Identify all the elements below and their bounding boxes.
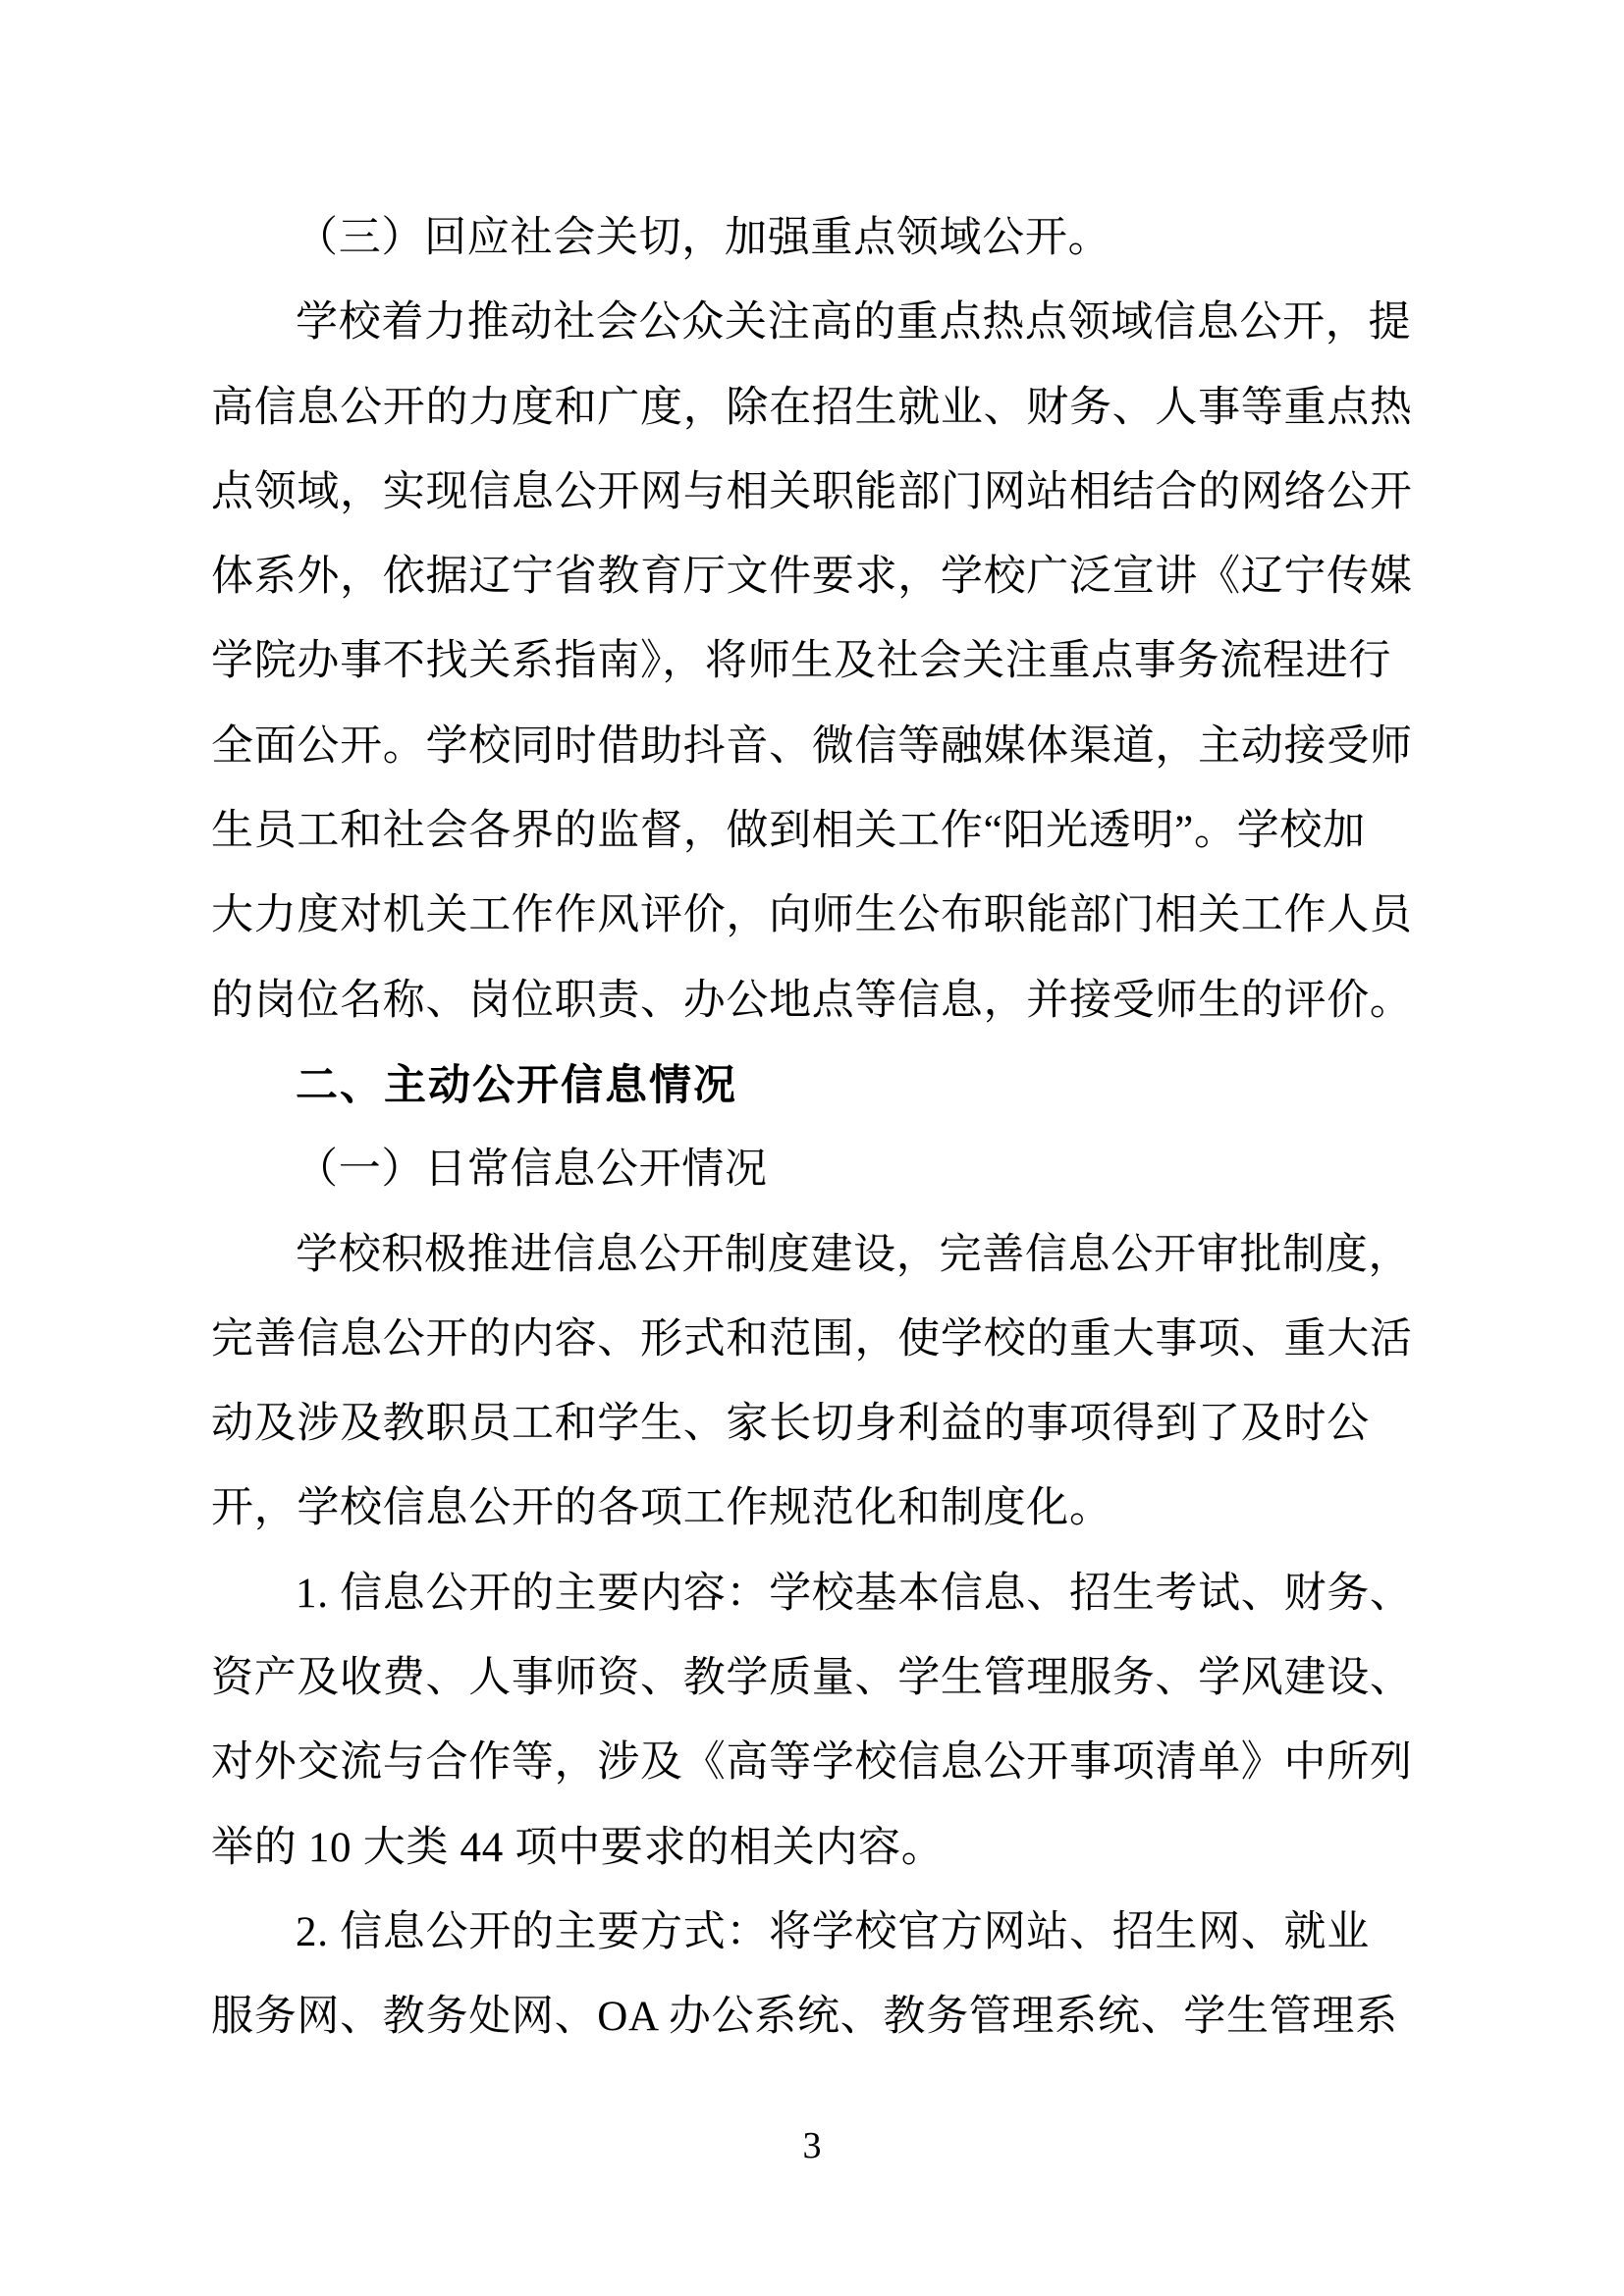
paragraph-line: 体系外，依据辽宁省教育厅文件要求，学校广泛宣讲《辽宁传媒 [211, 535, 1412, 619]
paragraph-line: 的岗位名称、岗位职责、办公地点等信息，并接受师生的评价。 [211, 959, 1412, 1043]
paragraph-line: 大力度对机关工作作风评价，向师生公布职能部门相关工作人员 [211, 874, 1412, 958]
paragraph-line: 学院办事不找关系指南》，将师生及社会关注重点事务流程进行 [211, 619, 1412, 704]
paragraph-line: 高信息公开的力度和广度，除在招生就业、财务、人事等重点热 [211, 366, 1412, 451]
paragraph-line: 开，学校信息公开的各项工作规范化和制度化。 [211, 1467, 1412, 1551]
paragraph-line: 生员工和社会各界的监督，做到相关工作“阳光透明”。学校加 [211, 789, 1412, 874]
document-body: （三）回应社会关切，加强重点领域公开。 学校着力推动社会公众关注高的重点热点领域… [211, 196, 1412, 2060]
page-number: 3 [0, 2125, 1624, 2166]
list-item-1-line: 资产及收费、人事师资、教学质量、学生管理服务、学风建设、 [211, 1636, 1412, 1721]
list-item-1-line: 1. 信息公开的主要内容：学校基本信息、招生考试、财务、 [211, 1552, 1412, 1636]
paragraph-line: 完善信息公开的内容、形式和范围，使学校的重大事项、重大活 [211, 1298, 1412, 1382]
subsection-heading-1: （一）日常信息公开情况 [211, 1128, 1412, 1212]
paragraph-line: 学校着力推动社会公众关注高的重点热点领域信息公开，提 [211, 281, 1412, 365]
paragraph-line: 动及涉及教职员工和学生、家长切身利益的事项得到了及时公 [211, 1382, 1412, 1467]
list-item-2-line: 2. 信息公开的主要方式：将学校官方网站、招生网、就业 [211, 1891, 1412, 1975]
subsection-heading-3: （三）回应社会关切，加强重点领域公开。 [211, 196, 1412, 281]
list-item-1-line: 举的 10 大类 44 项中要求的相关内容。 [211, 1806, 1412, 1891]
list-item-2-line: 服务网、教务处网、OA 办公系统、教务管理系统、学生管理系 [211, 1975, 1412, 2059]
paragraph-line: 学校积极推进信息公开制度建设，完善信息公开审批制度， [211, 1213, 1412, 1298]
paragraph-line: 点领域，实现信息公开网与相关职能部门网站相结合的网络公开 [211, 451, 1412, 535]
list-item-1-line: 对外交流与合作等，涉及《高等学校信息公开事项清单》中所列 [211, 1721, 1412, 1805]
paragraph-line: 全面公开。学校同时借助抖音、微信等融媒体渠道，主动接受师 [211, 705, 1412, 789]
section-heading-2: 二、主动公开信息情况 [211, 1043, 1412, 1128]
document-page: （三）回应社会关切，加强重点领域公开。 学校着力推动社会公众关注高的重点热点领域… [0, 0, 1624, 2296]
